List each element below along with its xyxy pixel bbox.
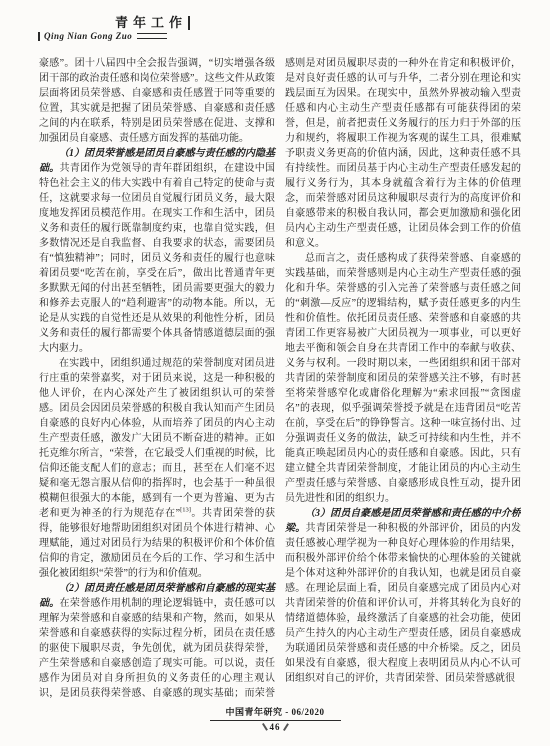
journal-issue-line: 中国青年研究 - 06/2020 [210,705,341,721]
section-pinyin-row: Qing Nian Gong Zuo [38,31,190,41]
section-title: 青年工作 [115,15,187,30]
paragraph-text: 共青团作为党领导的青年群团组织，在建设中国特色社会主义的伟大实践中有着自己特定的… [39,163,275,354]
paragraph: （1）团员荣誉感是团员自豪感与责任感的内隐基础。共青团作为党领导的青年群团组织，… [39,146,275,356]
citation-ref: [13] [180,507,191,514]
paragraph: 豪感”。团十八届四中全会报告强调，“切实增强各级团干部的政治责任感和岗位荣誉感”… [39,56,275,146]
paragraph-text: 总而言之，责任感构成了获得荣誉感、自豪感的实践基础，而荣誉感则是内心主动生产型责… [285,253,521,504]
header-double-rule [137,33,167,39]
page-footer: 中国青年研究 - 06/2020 46 [0,702,550,732]
page-number-ornament [282,723,288,731]
paragraph-text: 共青团荣誉是一种积极的外部评价，团员的内发责任感被心理学视为一种良好心理体验的作… [285,523,521,684]
header-rule-vertical [38,32,40,41]
journal-page: 青年工作 Qing Nian Gong Zuo 豪感”。团十八届四中全会报告强调… [0,0,550,746]
section-title-row: 青年工作 [38,15,190,30]
page-number: 46 [270,722,281,732]
page-number-ornament [262,723,268,731]
article-text: 豪感”。团十八届四中全会报告强调，“切实增强各级团干部的政治责任感和岗位荣誉感”… [39,56,521,708]
page-number-row: 46 [0,722,550,732]
section-pinyin: Qing Nian Gong Zuo [44,31,132,41]
paragraph-text: 豪感”。团十八届四中全会报告强调，“切实增强各级团干部的政治责任感和岗位荣誉感”… [39,58,275,144]
header-rule-vertical [188,16,190,30]
paragraph: 总而言之，责任感构成了获得荣誉感、自豪感的实践基础，而荣誉感则是内心主动生产型责… [285,251,521,506]
page-header: 青年工作 Qing Nian Gong Zuo [38,15,190,41]
paragraph-text: 在实践中，团组织通过规范的荣誉制度对团员进行庄重的荣誉嘉奖，对于团员来说，这是一… [39,358,275,519]
paragraph: （3）团员自豪感是团员荣誉感和责任感的中介桥梁。共青团荣誉是一种积极的外部评价，… [285,506,521,686]
paragraph: 在实践中，团组织通过规范的荣誉制度对团员进行庄重的荣誉嘉奖，对于团员来说，这是一… [39,356,275,581]
